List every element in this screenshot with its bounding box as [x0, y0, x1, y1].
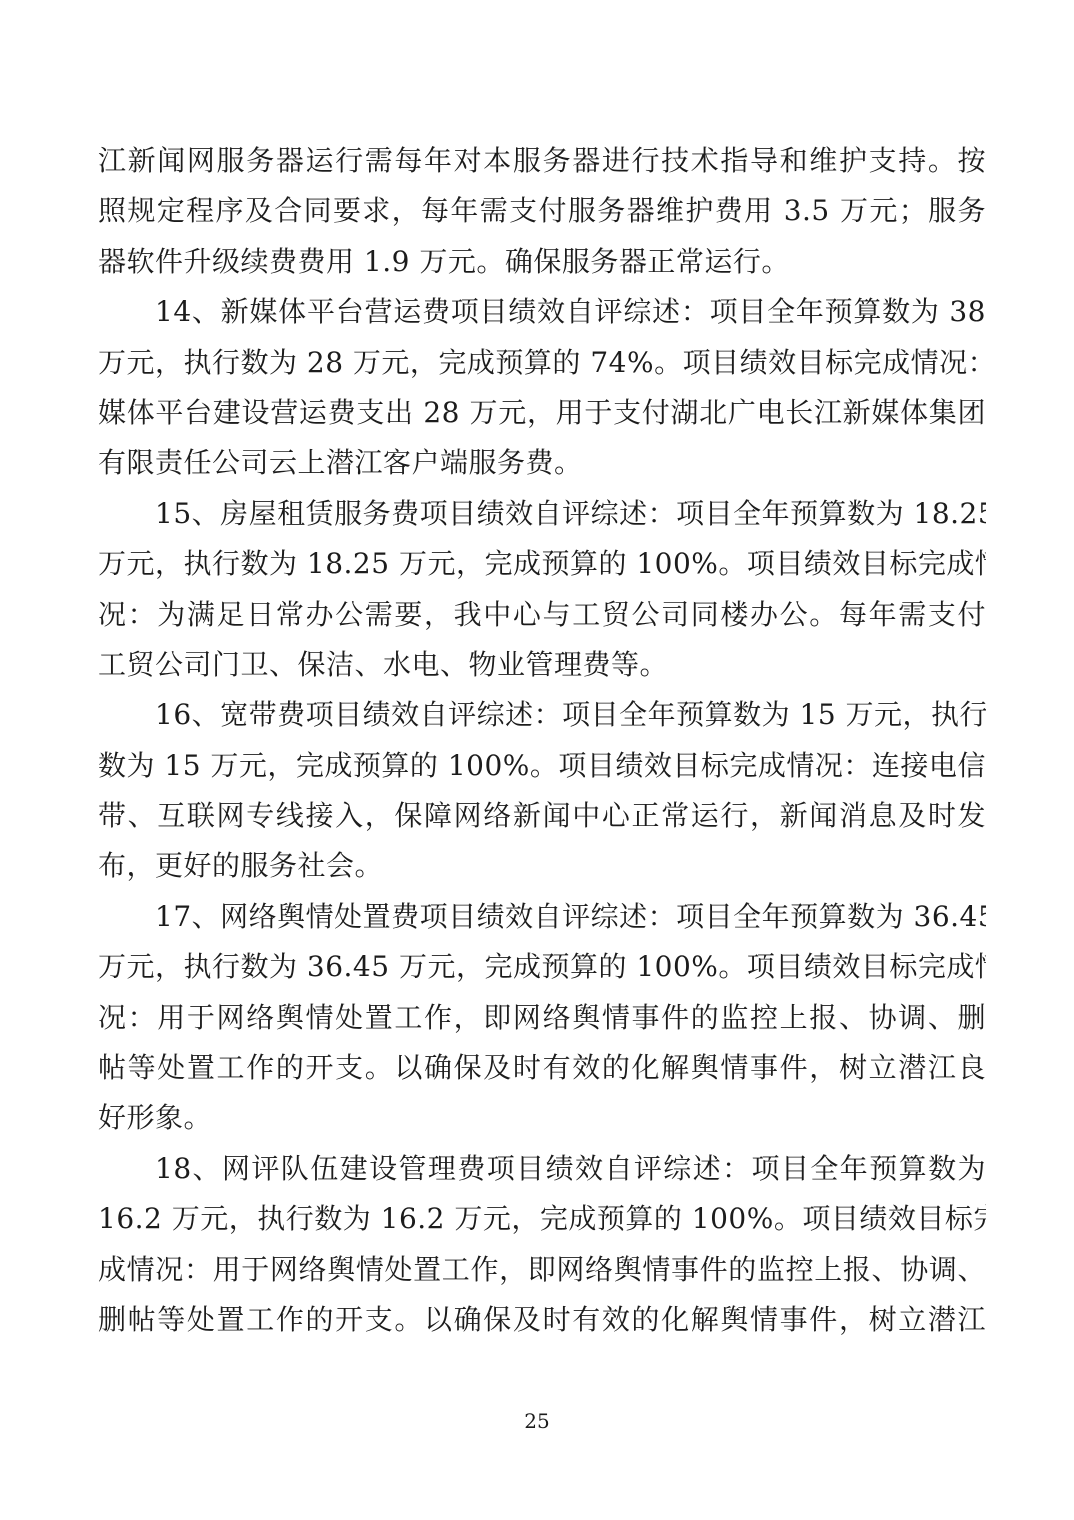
- text-line: 16.2 万元，执行数为 16.2 万元，完成预算的 100%。项目绩效目标完: [98, 1194, 986, 1244]
- text-line: 帖等处置工作的开支。以确保及时有效的化解舆情事件，树立潜江良: [98, 1043, 986, 1093]
- text-line: 工贸公司门卫、保洁、水电、物业管理费等。: [98, 640, 986, 690]
- para-14: 14、新媒体平台营运费项目绩效自评综述：项目全年预算数为 38万元，执行数为 2…: [98, 287, 986, 489]
- document-body: 江新闻网服务器运行需每年对本服务器进行技术指导和维护支持。按照规定程序及合同要求…: [98, 136, 986, 1345]
- text-line: 数为 15 万元，完成预算的 100%。项目绩效目标完成情况：连接电信宽: [98, 741, 986, 791]
- text-line: 万元，执行数为 36.45 万元，完成预算的 100%。项目绩效目标完成情: [98, 942, 986, 992]
- text-line: 况：为满足日常办公需要，我中心与工贸公司同楼办公。每年需支付: [98, 590, 986, 640]
- page-number: 25: [0, 1408, 1074, 1434]
- document-page: 江新闻网服务器运行需每年对本服务器进行技术指导和维护支持。按照规定程序及合同要求…: [0, 0, 1074, 1520]
- text-line: 删帖等处置工作的开支。以确保及时有效的化解舆情事件，树立潜江: [98, 1295, 986, 1345]
- text-line: 照规定程序及合同要求，每年需支付服务器维护费用 3.5 万元；服务: [98, 186, 986, 236]
- text-line: 有限责任公司云上潜江客户端服务费。: [98, 438, 986, 488]
- text-line: 带、互联网专线接入，保障网络新闻中心正常运行，新闻消息及时发: [98, 791, 986, 841]
- text-line: 况：用于网络舆情处置工作，即网络舆情事件的监控上报、协调、删: [98, 993, 986, 1043]
- text-line: 成情况：用于网络舆情处置工作，即网络舆情事件的监控上报、协调、: [98, 1245, 986, 1295]
- para-13-continuation: 江新闻网服务器运行需每年对本服务器进行技术指导和维护支持。按照规定程序及合同要求…: [98, 136, 986, 287]
- text-line: 媒体平台建设营运费支出 28 万元，用于支付湖北广电长江新媒体集团: [98, 388, 986, 438]
- para-16: 16、宽带费项目绩效自评综述：项目全年预算数为 15 万元，执行数为 15 万元…: [98, 690, 986, 892]
- text-line: 15、房屋租赁服务费项目绩效自评综述：项目全年预算数为 18.25: [98, 489, 986, 539]
- para-18: 18、网评队伍建设管理费项目绩效自评综述：项目全年预算数为16.2 万元，执行数…: [98, 1144, 986, 1346]
- text-line: 16、宽带费项目绩效自评综述：项目全年预算数为 15 万元，执行: [98, 690, 986, 740]
- text-line: 18、网评队伍建设管理费项目绩效自评综述：项目全年预算数为: [98, 1144, 986, 1194]
- text-line: 器软件升级续费费用 1.9 万元。确保服务器正常运行。: [98, 237, 986, 287]
- text-line: 万元，执行数为 18.25 万元，完成预算的 100%。项目绩效目标完成情: [98, 539, 986, 589]
- text-line: 布，更好的服务社会。: [98, 841, 986, 891]
- text-line: 14、新媒体平台营运费项目绩效自评综述：项目全年预算数为 38: [98, 287, 986, 337]
- text-line: 好形象。: [98, 1093, 986, 1143]
- text-line: 江新闻网服务器运行需每年对本服务器进行技术指导和维护支持。按: [98, 136, 986, 186]
- text-line: 万元，执行数为 28 万元，完成预算的 74%。项目绩效目标完成情况：新: [98, 338, 986, 388]
- text-line: 17、网络舆情处置费项目绩效自评综述：项目全年预算数为 36.45: [98, 892, 986, 942]
- para-15: 15、房屋租赁服务费项目绩效自评综述：项目全年预算数为 18.25万元，执行数为…: [98, 489, 986, 691]
- para-17: 17、网络舆情处置费项目绩效自评综述：项目全年预算数为 36.45万元，执行数为…: [98, 892, 986, 1144]
